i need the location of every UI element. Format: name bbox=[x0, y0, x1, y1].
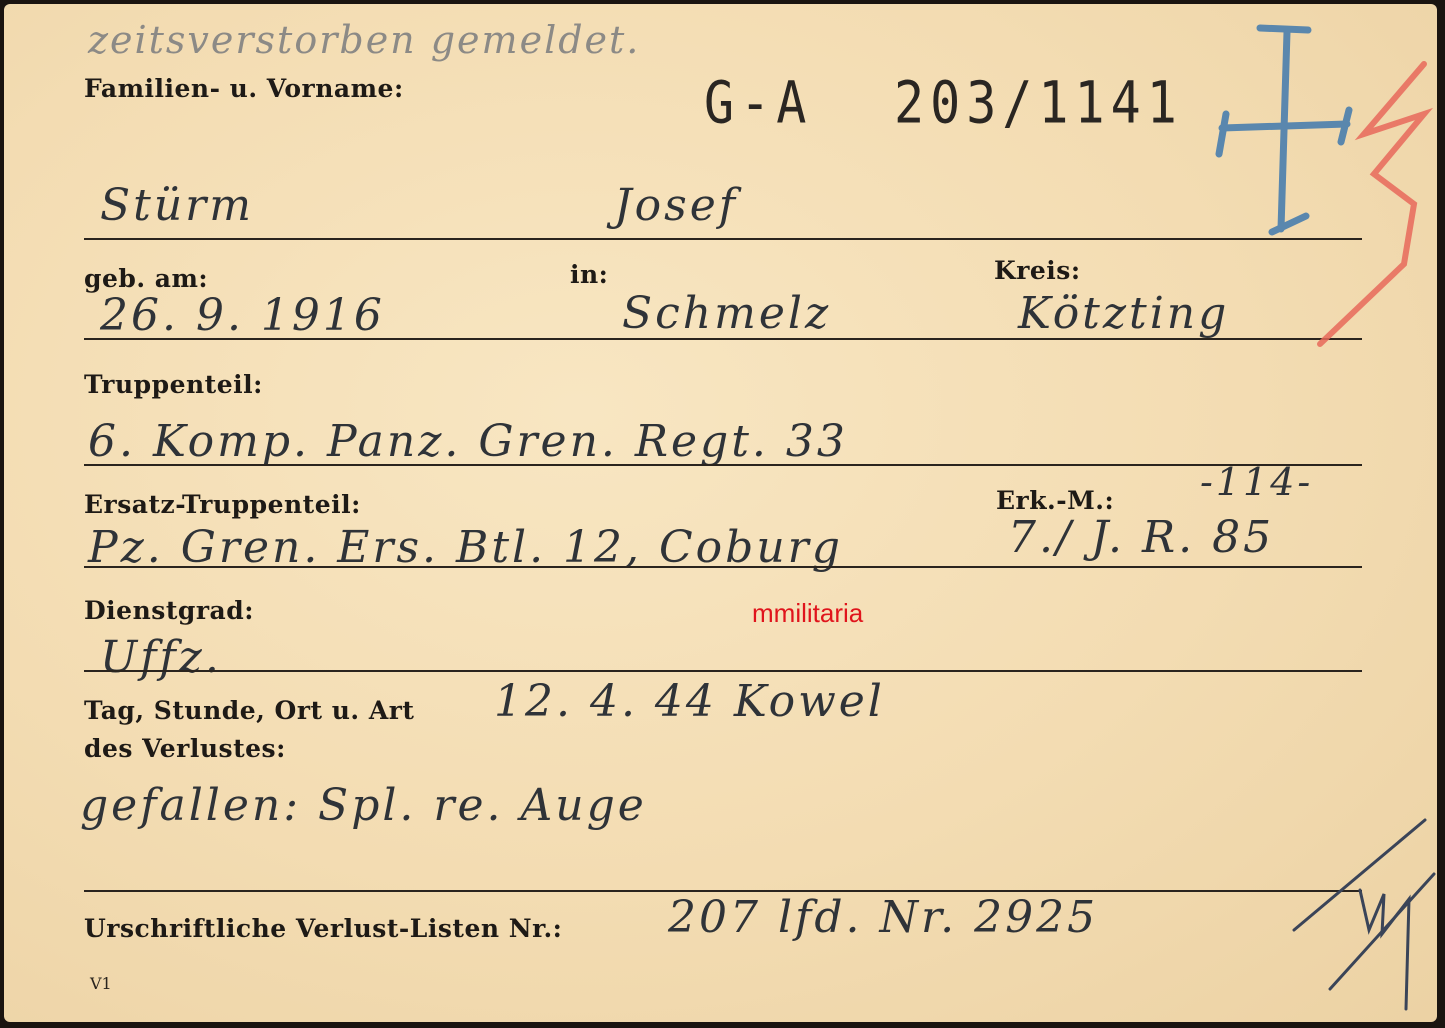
signature-icon bbox=[1294, 820, 1434, 1009]
blue-cross-icon bbox=[1219, 28, 1349, 232]
index-card: zeitsverstorben gemeldet. Familien- u. V… bbox=[4, 4, 1437, 1022]
red-pencil-mark-icon bbox=[1320, 64, 1424, 344]
handwritten-marks bbox=[4, 4, 1437, 1022]
